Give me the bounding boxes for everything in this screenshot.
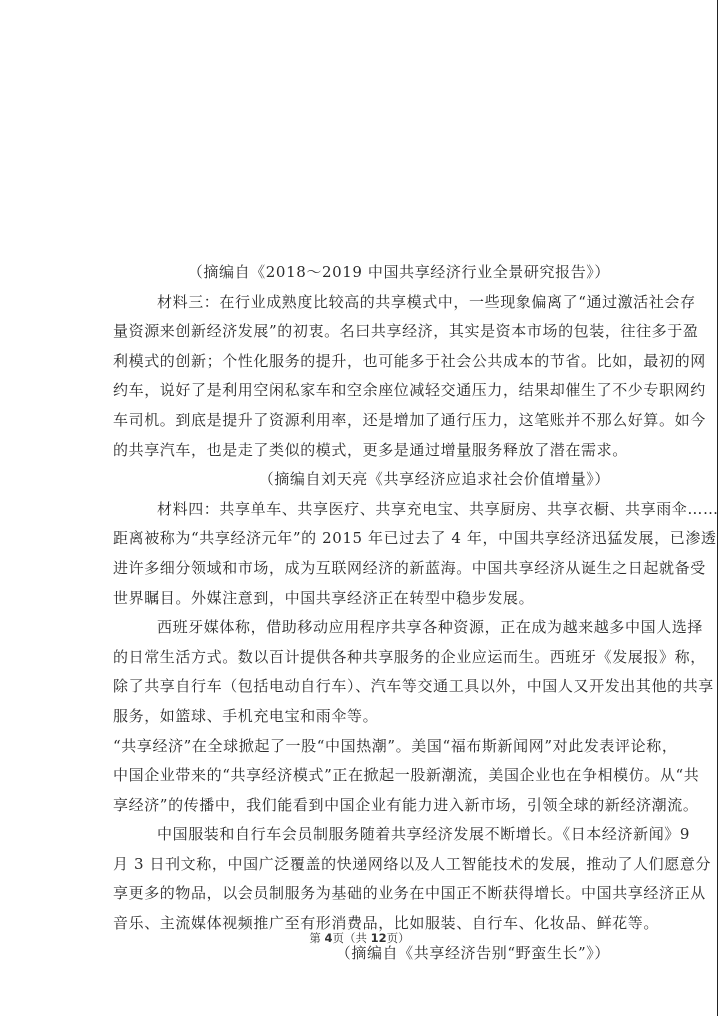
text-line: 约车，说好了是利用空闲私家车和空余座位减轻交通压力，结果却催生了不少专职网约: [113, 376, 610, 406]
source-citation-1: （摘编自《2018～2019 中国共享经济行业全景研究报告》）: [126, 258, 610, 288]
material-three: 材料三：在行业成熟度比较高的共享模式中，一些现象偏离了“通过激活社会存 量资源来…: [126, 288, 610, 495]
text-line: 除了共享自行车（包括电动自行车）、汽车等交通工具以外，中国人又开发出其他的共享: [113, 672, 610, 702]
footer-prefix: 第: [309, 931, 324, 945]
text-line: 进许多细分领域和市场，成为互联网经济的新蓝海。中国共享经济从诞生之日起就备受: [113, 554, 610, 584]
text-line: 中国服装和自行车会员制服务随着共享经济发展不断增长。《日本经济新闻》9: [126, 820, 610, 850]
total-pages-number: 12: [371, 931, 387, 945]
text-line: 享更多的物品，以会员制服务为基础的业务在中国正不断获得增长。中国共享经济正从: [113, 879, 610, 909]
text-line: 世界瞩目。外媒注意到，中国共享经济正在转型中稳步发展。: [113, 584, 610, 614]
text-line: 的共享汽车，也是走了类似的模式，更多是通过增量服务释放了潜在需求。: [113, 436, 610, 466]
text-line: 利模式的创新；个性化服务的提升，也可能多于社会公共成本的节省。比如，最初的网: [113, 347, 610, 377]
text-line: 车司机。到底是提升了资源利用率，还是增加了通行压力，这笔账并不那么好算。如今: [113, 406, 610, 436]
page-footer: 第 4页（共 12页）: [0, 930, 719, 946]
footer-mid: 页（共: [333, 931, 371, 945]
current-page-number: 4: [324, 931, 332, 945]
material-four: 材料四：共享单车、共享医疗、共享充电宝、共享厨房、共享衣橱、共享雨伞…… 距离被…: [126, 495, 610, 969]
footer-suffix: 页）: [387, 931, 410, 945]
text-line: 材料三：在行业成熟度比较高的共享模式中，一些现象偏离了“通过激活社会存: [126, 288, 610, 318]
text-line: 量资源来创新经济发展”的初衷。名曰共享经济，其实是资本市场的包装，往往多于盈: [113, 317, 610, 347]
text-line: 中国企业带来的“共享经济模式”正在掀起一股新潮流，美国企业也在争相模仿。从“共: [113, 761, 610, 791]
text-line: 材料四：共享单车、共享医疗、共享充电宝、共享厨房、共享衣橱、共享雨伞……: [126, 495, 610, 525]
text-line: 距离被称为“共享经济元年”的 2015 年已过去了 4 年，中国共享经济迅猛发展…: [113, 524, 610, 554]
text-line: 的日常生活方式。数以百计提供各种共享服务的企业应运而生。西班牙《发展报》称，: [113, 643, 610, 673]
text-line: 西班牙媒体称，借助移动应用程序共享各种资源，正在成为越来越多中国人选择: [126, 613, 610, 643]
text-line: 服务，如篮球、手机充电宝和雨伞等。: [113, 702, 610, 732]
text-line: 享经济”的传播中，我们能看到中国企业有能力进入新市场，引领全球的新经济潮流。: [113, 791, 610, 821]
text-line: “共享经济”在全球掀起了一股“中国热潮”。美国“福布斯新闻网”对此发表评论称，: [113, 732, 610, 762]
document-page: （摘编自《2018～2019 中国共享经济行业全景研究报告》） 材料三：在行业成…: [126, 258, 610, 968]
source-citation-2: （摘编自刘天亮《共享经济应追求社会价值增量》）: [126, 465, 610, 495]
text-line: 月 3 日刊文称，中国广泛覆盖的快递网络以及人工智能技术的发展，推动了人们愿意分: [113, 850, 610, 880]
